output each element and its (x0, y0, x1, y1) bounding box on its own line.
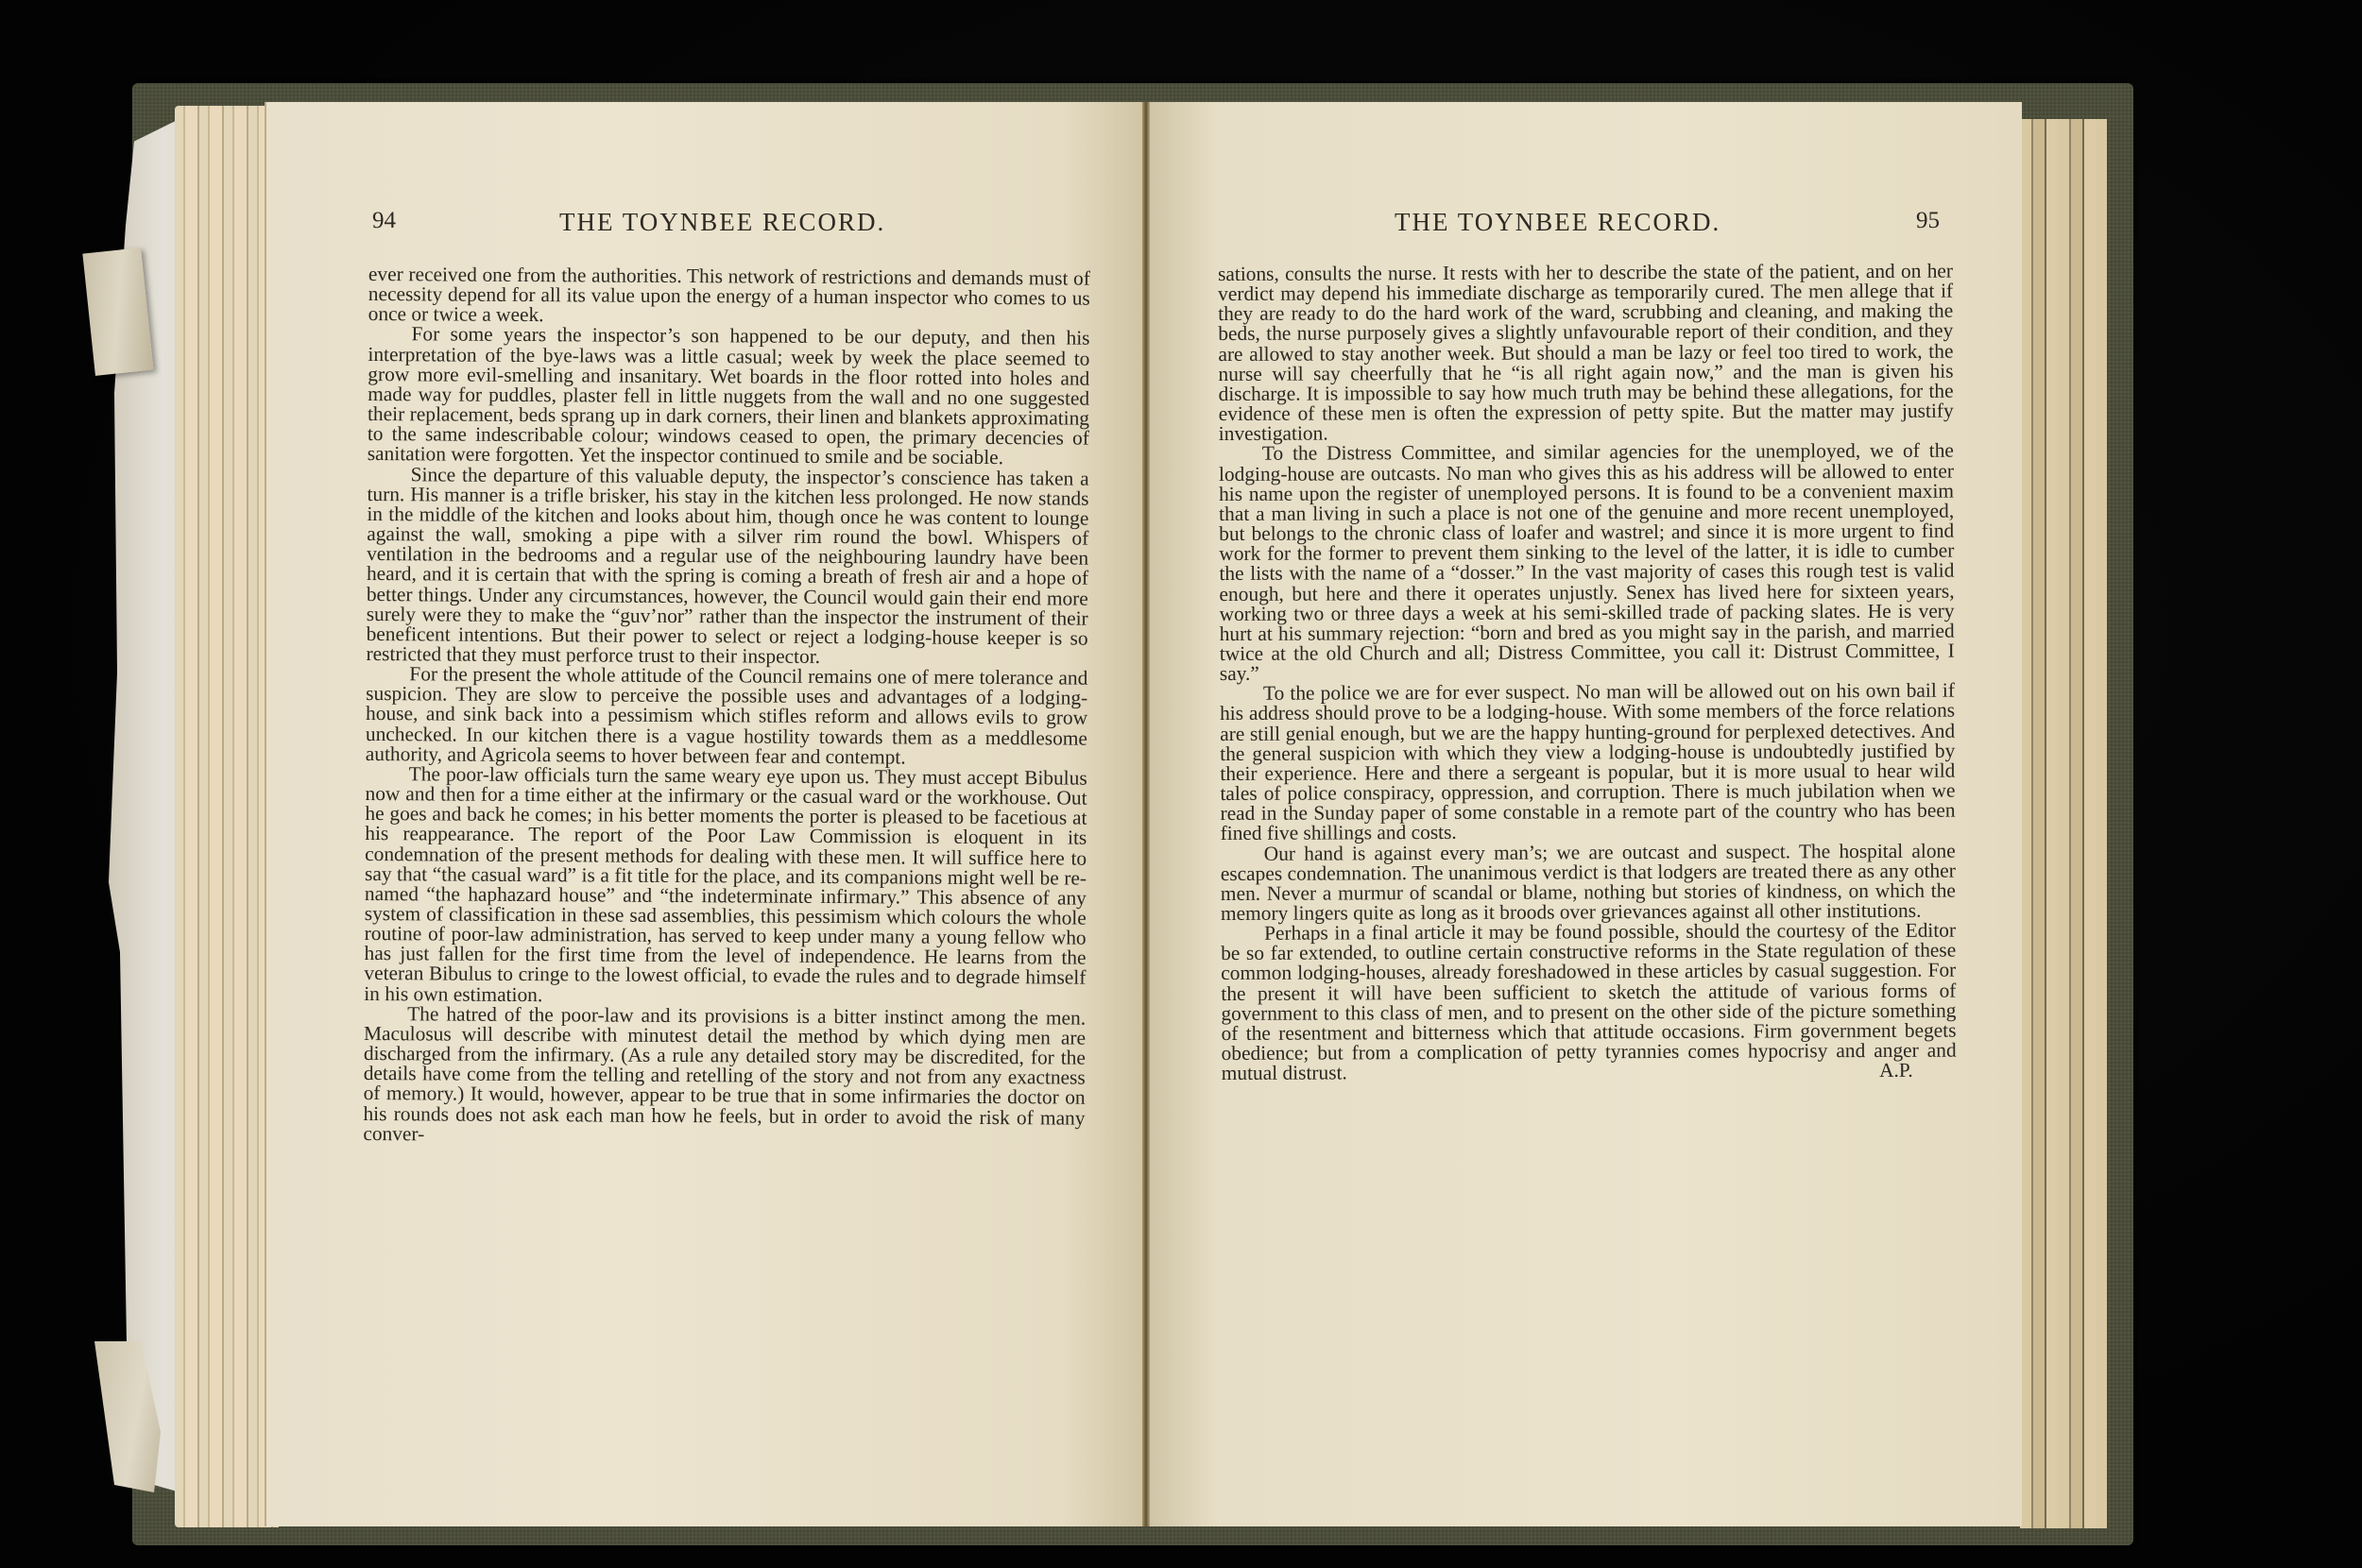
paragraph: The poor-law officials turn the same wea… (364, 764, 1087, 1009)
paragraph: To the police we are for ever suspect. N… (1220, 681, 1956, 844)
right-page-stack (2020, 119, 2107, 1528)
paragraph: For some years the inspector’s son happe… (368, 324, 1090, 469)
page-body: ever received one from the authorities. … (363, 264, 1090, 1149)
left-page: 94 THE TOYNBEE RECORD. ever received one… (265, 102, 1149, 1526)
paragraph: To the Distress Committee, and similar a… (1219, 441, 1955, 684)
book-gutter (1142, 102, 1150, 1526)
page-number: 94 (372, 208, 396, 234)
paragraph: For the present the whole attitude of th… (366, 664, 1088, 768)
running-head: THE TOYNBEE RECORD. (559, 208, 1149, 237)
paragraph: sations, consults the nurse. It rests wi… (1218, 262, 1954, 445)
right-page: THE TOYNBEE RECORD. 95 sations, consults… (1149, 102, 2022, 1526)
paragraph: ever received one from the authorities. … (368, 264, 1090, 329)
paragraph: Perhaps in a final article it may be fou… (1221, 921, 1957, 1084)
page-body: sations, consults the nurse. It rests wi… (1218, 262, 1957, 1084)
paragraph: The hatred of the poor-law and its provi… (363, 1004, 1086, 1149)
left-page-stack (175, 106, 279, 1527)
paragraph: Since the departure of this valuable dep… (366, 465, 1088, 669)
page-number: 95 (1916, 208, 1940, 234)
photo-stage: 94 THE TOYNBEE RECORD. ever received one… (0, 0, 2362, 1568)
paragraph: Our hand is against every man’s; we are … (1221, 841, 1956, 924)
